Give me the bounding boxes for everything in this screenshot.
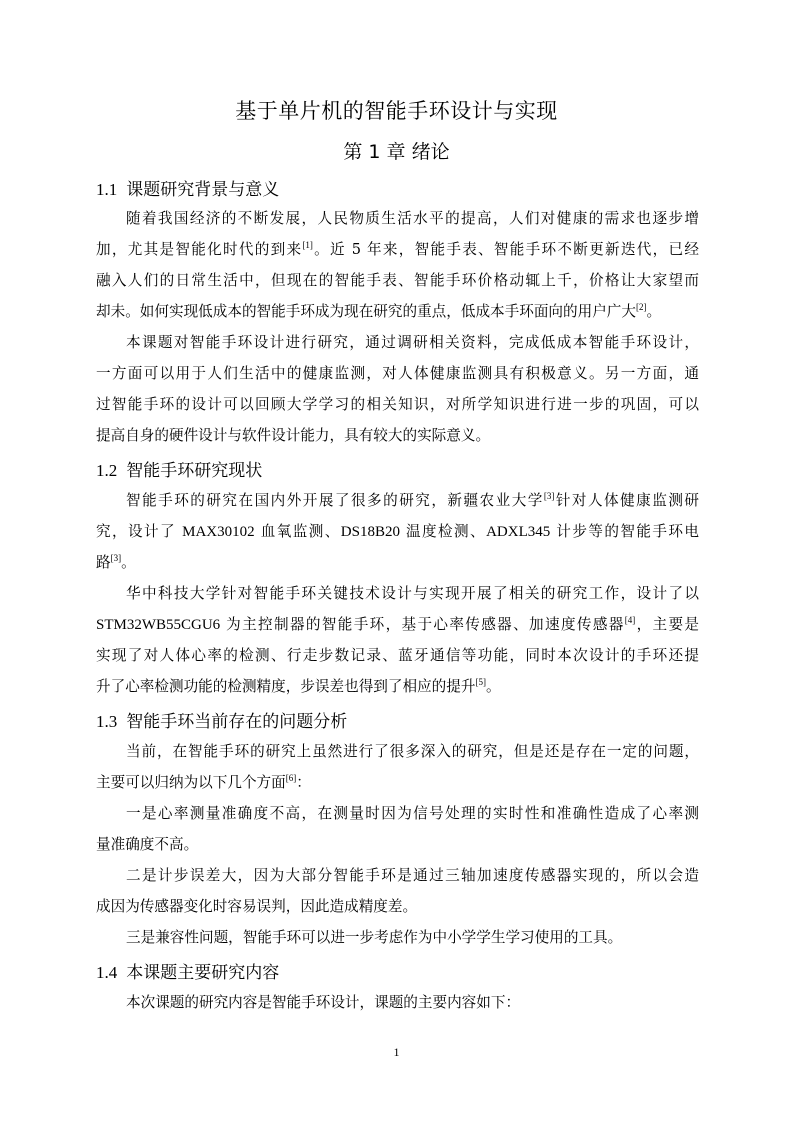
citation[interactable]: [2] xyxy=(636,302,647,312)
citation[interactable]: [3] xyxy=(111,553,122,563)
paragraph-line: 一是心率测量准确度不高，在测量时因为信号处理的实时性和准确性造成了心率测 xyxy=(126,802,699,823)
section-heading-1-1: 1.1课题研究背景与意义 xyxy=(96,175,279,200)
section-title: 智能手环当前存在的问题分析 xyxy=(126,712,347,732)
paragraph-line: 加，尤其是智能化时代的到来[1]。近 5 年来，智能手表、智能手环不断更新迭代，… xyxy=(96,238,699,259)
paragraph-line: 成因为传感器变化时容易误判，因此造成精度差。 xyxy=(96,895,699,916)
citation[interactable]: [5] xyxy=(475,677,486,687)
paragraph-line: 升了心率检测功能的检测精度，步误差也得到了相应的提升[5]。 xyxy=(96,675,699,696)
paragraph-line: 智能手环的研究在国内外开展了很多的研究，新疆农业大学[3]针对人体健康监测研 xyxy=(126,489,699,510)
paragraph-line: STM32WB55CGU6 为主控制器的智能手环，基于心率传感器、加速度传感器[… xyxy=(96,613,699,634)
paragraph-line: 却未。如何实现低成本的智能手环成为现在研究的重点，低成本手环面向的用户广大[2]… xyxy=(96,300,699,321)
paragraph-line: 三是兼容性问题，智能手环可以进一步考虑作为中小学学生学习使用的工具。 xyxy=(126,926,699,947)
paragraph-line: 路[3]。 xyxy=(96,551,699,572)
citation[interactable]: [4] xyxy=(625,615,636,625)
paragraph-line: 究，设计了 MAX30102 血氧监测、DS18B20 温度检测、ADXL345… xyxy=(96,520,699,541)
section-heading-1-4: 1.4本课题主要研究内容 xyxy=(96,958,279,983)
paragraph-line: 一方面可以用于人们生活中的健康监测，对人体健康监测具有积极意义。另一方面，通 xyxy=(96,362,699,383)
paragraph-line: 过智能手环的设计可以回顾大学学习的相关知识，对所学知识进行进一步的巩固，可以 xyxy=(96,393,699,414)
section-title: 课题研究背景与意义 xyxy=(126,180,279,200)
paragraph-line: 主要可以归纳为以下几个方面[6]： xyxy=(96,771,699,792)
paragraph-line: 融入人们的日常生活中，但现在的智能手表、智能手环价格动辄上千，价格让大家望而 xyxy=(96,269,699,290)
paragraph-line: 华中科技大学针对智能手环关键技术设计与实现开展了相关的研究工作，设计了以 xyxy=(126,582,699,603)
section-title: 智能手环研究现状 xyxy=(126,461,262,481)
paragraph-line: 二是计步误差大，因为大部分智能手环是通过三轴加速度传感器实现的，所以会造 xyxy=(126,864,699,885)
document-page: 基于单片机的智能手环设计与实现 第 1 章 绪论 1.1课题研究背景与意义 随着… xyxy=(0,0,793,1122)
section-number: 1.3 xyxy=(96,712,117,731)
section-heading-1-2: 1.2智能手环研究现状 xyxy=(96,456,262,481)
citation[interactable]: [1] xyxy=(302,240,313,250)
citation[interactable]: [6] xyxy=(286,773,297,783)
paragraph-line: 提高自身的硬件设计与软件设计能力，具有较大的实际意义。 xyxy=(96,424,699,445)
paragraph-line: 随着我国经济的不断发展，人民物质生活水平的提高，人们对健康的需求也逐步增 xyxy=(126,207,699,228)
section-number: 1.2 xyxy=(96,461,117,480)
section-number: 1.4 xyxy=(96,963,117,982)
chapter-heading: 第 1 章 绪论 xyxy=(0,137,793,164)
section-heading-1-3: 1.3智能手环当前存在的问题分析 xyxy=(96,707,347,732)
paragraph-line: 量准确度不高。 xyxy=(96,833,699,854)
page-number: 1 xyxy=(0,1045,793,1060)
paragraph-line: 本次课题的研究内容是智能手环设计，课题的主要内容如下： xyxy=(126,991,699,1012)
section-number: 1.1 xyxy=(96,180,117,199)
document-title: 基于单片机的智能手环设计与实现 xyxy=(0,95,793,125)
paragraph-line: 本课题对智能手环设计进行研究，通过调研相关资料，完成低成本智能手环设计， xyxy=(126,331,699,352)
paragraph-line: 当前，在智能手环的研究上虽然进行了很多深入的研究，但是还是存在一定的问题， xyxy=(126,740,699,761)
citation[interactable]: [3] xyxy=(544,491,555,501)
paragraph-line: 实现了对人体心率的检测、行走步数记录、蓝牙通信等功能，同时本次设计的手环还提 xyxy=(96,644,699,665)
section-title: 本课题主要研究内容 xyxy=(126,963,279,983)
